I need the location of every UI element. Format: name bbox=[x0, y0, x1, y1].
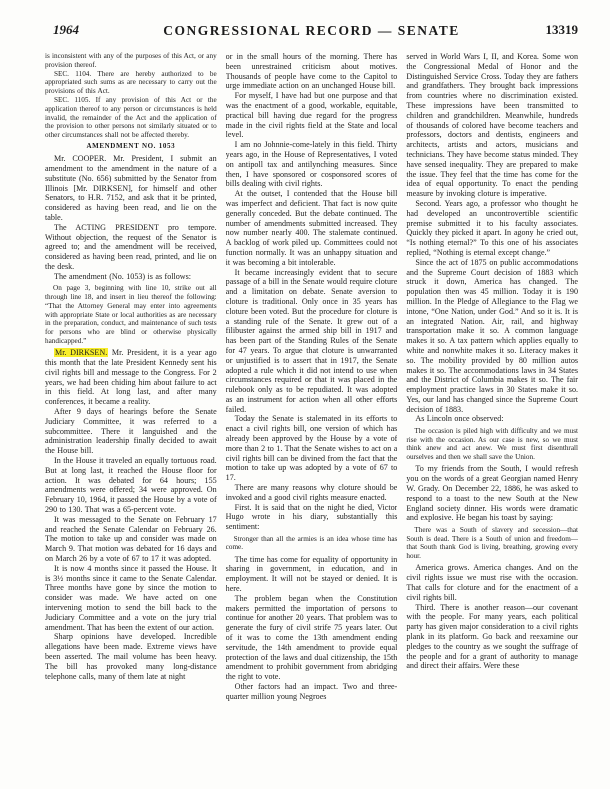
search-highlight: Mr. DIRKSEN. bbox=[54, 348, 108, 357]
paragraph: or in the small hours of the morning. Th… bbox=[226, 52, 398, 91]
paragraph: First. It is said that on the night he d… bbox=[226, 503, 398, 532]
paragraph: It became increasingly evident that to s… bbox=[226, 268, 398, 415]
paragraph: served in World Wars I, II, and Korea. S… bbox=[406, 52, 578, 199]
paragraph: Since the act of 1875 on public accommod… bbox=[406, 258, 578, 415]
paragraph: Mr. DIRKSEN. Mr. President, it is a year… bbox=[45, 348, 217, 407]
paragraph: There was a South of slavery and secessi… bbox=[406, 526, 578, 561]
section-heading: AMENDMENT NO. 1053 bbox=[45, 142, 217, 152]
paragraph: Mr. COOPER. Mr. President, I submit an a… bbox=[45, 154, 217, 223]
paragraph: It is now 4 months since it passed the H… bbox=[45, 564, 217, 633]
text-columns: is inconsistent with any of the purposes… bbox=[45, 52, 578, 783]
header-page-number: 13319 bbox=[546, 22, 579, 38]
paragraph: SEC. 1104. There are hereby authorized t… bbox=[45, 70, 217, 96]
paragraph: On page 3, beginning with line 10, strik… bbox=[45, 284, 217, 346]
header-title: CONGRESSIONAL RECORD — SENATE bbox=[45, 23, 578, 39]
paragraph: Other factors had an impact. Two and thr… bbox=[226, 682, 398, 702]
paragraph: There are many reasons why cloture shoul… bbox=[226, 483, 398, 503]
paragraph: is inconsistent with any of the purposes… bbox=[45, 52, 217, 70]
paragraph: Today the Senate is stalemated in its ef… bbox=[226, 414, 398, 483]
scanned-page: 1964 CONGRESSIONAL RECORD — SENATE 13319… bbox=[0, 0, 610, 789]
paragraph: I am no Johnnie-come-lately in this fiel… bbox=[226, 140, 398, 189]
column-3: served in World Wars I, II, and Korea. S… bbox=[406, 52, 578, 783]
paragraph: As Lincoln once observed: bbox=[406, 414, 578, 424]
paragraph: The problem began when the Constitution … bbox=[226, 594, 398, 682]
paragraph: At the outset, I contended that the Hous… bbox=[226, 189, 398, 267]
paragraph: Stronger than all the armies is an idea … bbox=[226, 535, 398, 553]
paragraph: SEC. 1105. If any provision of this Act … bbox=[45, 96, 217, 140]
column-1: is inconsistent with any of the purposes… bbox=[45, 52, 217, 783]
paragraph: The occasion is piled high with difficul… bbox=[406, 427, 578, 462]
paragraph: America grows. America changes. And on t… bbox=[406, 563, 578, 602]
page-header: 1964 CONGRESSIONAL RECORD — SENATE 13319 bbox=[45, 22, 578, 42]
paragraph: In the House it traveled an equally tort… bbox=[45, 456, 217, 515]
paragraph: For myself, I have had but one purpose a… bbox=[226, 91, 398, 140]
paragraph: It was messaged to the Senate on Februar… bbox=[45, 515, 217, 564]
paragraph: Sharp opinions have developed. Incredibl… bbox=[45, 632, 217, 681]
paragraph: To my friends from the South, I would re… bbox=[406, 464, 578, 523]
paragraph: Second. Years ago, a professor who thoug… bbox=[406, 199, 578, 258]
paragraph: The ACTING PRESIDENT pro tempore. Withou… bbox=[45, 223, 217, 272]
paragraph: After 9 days of hearings before the Sena… bbox=[45, 407, 217, 456]
paragraph: Third. There is another reason—our coven… bbox=[406, 603, 578, 672]
column-2: or in the small hours of the morning. Th… bbox=[226, 52, 398, 783]
paragraph: The time has come for equality of opport… bbox=[226, 555, 398, 594]
paragraph: The amendment (No. 1053) is as follows: bbox=[45, 272, 217, 282]
